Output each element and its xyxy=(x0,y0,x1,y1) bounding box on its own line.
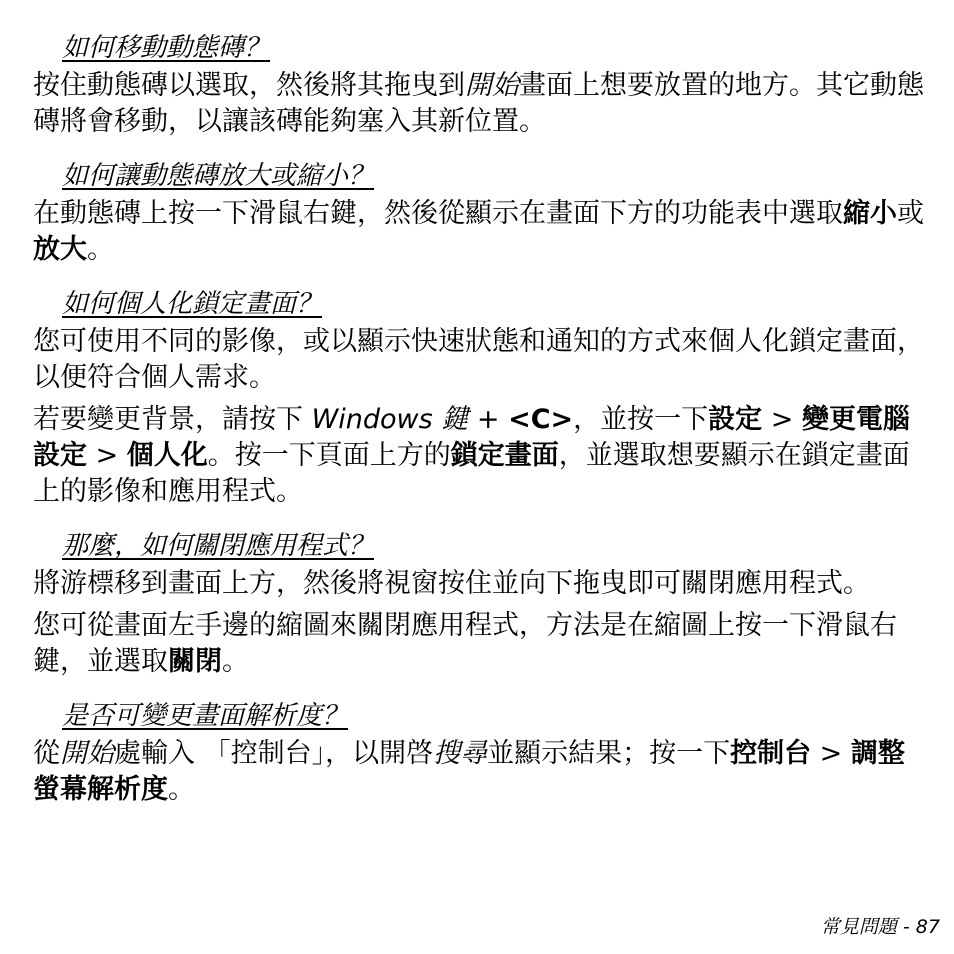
body-text: 。 xyxy=(87,234,114,265)
faq-section: 如何讓動態磚放大或縮小？在動態磚上按一下滑鼠右鍵，然後從顯示在畫面下方的功能表中… xyxy=(33,158,924,268)
body-text: 您可從畫面左手邊的縮圖來關閉應用程式，方法是在縮圖上按一下滑鼠右鍵，並選取 xyxy=(33,610,897,677)
question-heading: 如何移動動態磚？ xyxy=(62,30,924,66)
answer-paragraph: 您可從畫面左手邊的縮圖來關閉應用程式，方法是在縮圖上按一下滑鼠右鍵，並選取關閉。 xyxy=(33,608,924,680)
answer-paragraph: 從開始處輸入 「控制台」，以開啓搜尋並顯示結果；按一下控制台 > 調整螢幕解析度… xyxy=(33,736,924,808)
body-text: > xyxy=(811,738,851,769)
body-text: 或 xyxy=(897,198,924,229)
emphasis-italic-text: Windows 鍵 xyxy=(312,404,469,435)
faq-section: 如何個人化鎖定畫面？您可使用不同的影像，或以顯示快速狀態和通知的方式來個人化鎖定… xyxy=(33,286,924,510)
body-text: 在動態磚上按一下滑鼠右鍵，然後從顯示在畫面下方的功能表中選取 xyxy=(33,198,843,229)
faq-content: 如何移動動態磚？按住動態磚以選取，然後將其拖曳到開始畫面上想要放置的地方。其它動… xyxy=(33,30,924,814)
body-text: 您可使用不同的影像，或以顯示快速狀態和通知的方式來個人化鎖定畫面，以便符合個人需… xyxy=(33,326,924,393)
emphasis-italic-text: 開始 xyxy=(465,70,519,101)
footer-page-label: 常見問題 - 87 xyxy=(821,916,940,938)
faq-section: 是否可變更畫面解析度？從開始處輸入 「控制台」，以開啓搜尋並顯示結果；按一下控制… xyxy=(33,698,924,808)
body-text: 從 xyxy=(33,738,60,769)
body-text: > xyxy=(87,440,127,471)
manual-page: 如何移動動態磚？按住動態磚以選取，然後將其拖曳到開始畫面上想要放置的地方。其它動… xyxy=(0,0,954,954)
question-heading: 那麼，如何關閉應用程式？ xyxy=(62,528,924,564)
emphasis-italic-text: 開始 xyxy=(60,738,114,769)
faq-section: 那麼，如何關閉應用程式？將游標移到畫面上方，然後將視窗按住並向下拖曳即可關閉應用… xyxy=(33,528,924,680)
answer-paragraph: 您可使用不同的影像，或以顯示快速狀態和通知的方式來個人化鎖定畫面，以便符合個人需… xyxy=(33,324,924,396)
body-text: 若要變更背景，請按下 xyxy=(33,404,312,435)
emphasis-bold-text: 鎖定畫面 xyxy=(451,440,559,471)
answer-paragraph: 將游標移到畫面上方，然後將視窗按住並向下拖曳即可關閉應用程式。 xyxy=(33,566,924,602)
question-heading: 如何個人化鎖定畫面？ xyxy=(62,286,924,322)
body-text: > xyxy=(762,404,802,435)
emphasis-bold-text: 縮小 xyxy=(843,198,897,229)
body-text: + xyxy=(468,404,508,435)
question-heading: 是否可變更畫面解析度？ xyxy=(62,698,924,734)
body-text: 按住動態磚以選取，然後將其拖曳到 xyxy=(33,70,465,101)
emphasis-bold-text: 關閉 xyxy=(168,646,222,677)
emphasis-bold-text: 放大 xyxy=(33,234,87,265)
body-text: 。 xyxy=(222,646,249,677)
body-text: 處輸入 「控制台」，以開啓 xyxy=(114,738,433,769)
answer-paragraph: 按住動態磚以選取，然後將其拖曳到開始畫面上想要放置的地方。其它動態磚將會移動，以… xyxy=(33,68,924,140)
page-footer: 常見問題 - 87 xyxy=(821,912,940,939)
emphasis-bold-text: 控制台 xyxy=(730,738,811,769)
body-text: 。 xyxy=(168,774,195,805)
body-text: ，並按一下 xyxy=(573,404,708,435)
answer-paragraph: 若要變更背景，請按下 Windows 鍵 + <C>，並按一下設定 > 變更電腦… xyxy=(33,402,924,510)
body-text: 將游標移到畫面上方，然後將視窗按住並向下拖曳即可關閉應用程式。 xyxy=(33,568,870,599)
answer-paragraph: 在動態磚上按一下滑鼠右鍵，然後從顯示在畫面下方的功能表中選取縮小或放大。 xyxy=(33,196,924,268)
emphasis-italic-text: 搜尋 xyxy=(433,738,487,769)
body-text: 。按一下頁面上方的 xyxy=(208,440,451,471)
question-heading: 如何讓動態磚放大或縮小？ xyxy=(62,158,924,194)
emphasis-bold-text: 設定 xyxy=(708,404,762,435)
emphasis-bold-text: <C> xyxy=(508,404,573,435)
faq-section: 如何移動動態磚？按住動態磚以選取，然後將其拖曳到開始畫面上想要放置的地方。其它動… xyxy=(33,30,924,140)
body-text: 並顯示結果；按一下 xyxy=(487,738,730,769)
emphasis-bold-text: 個人化 xyxy=(127,440,208,471)
